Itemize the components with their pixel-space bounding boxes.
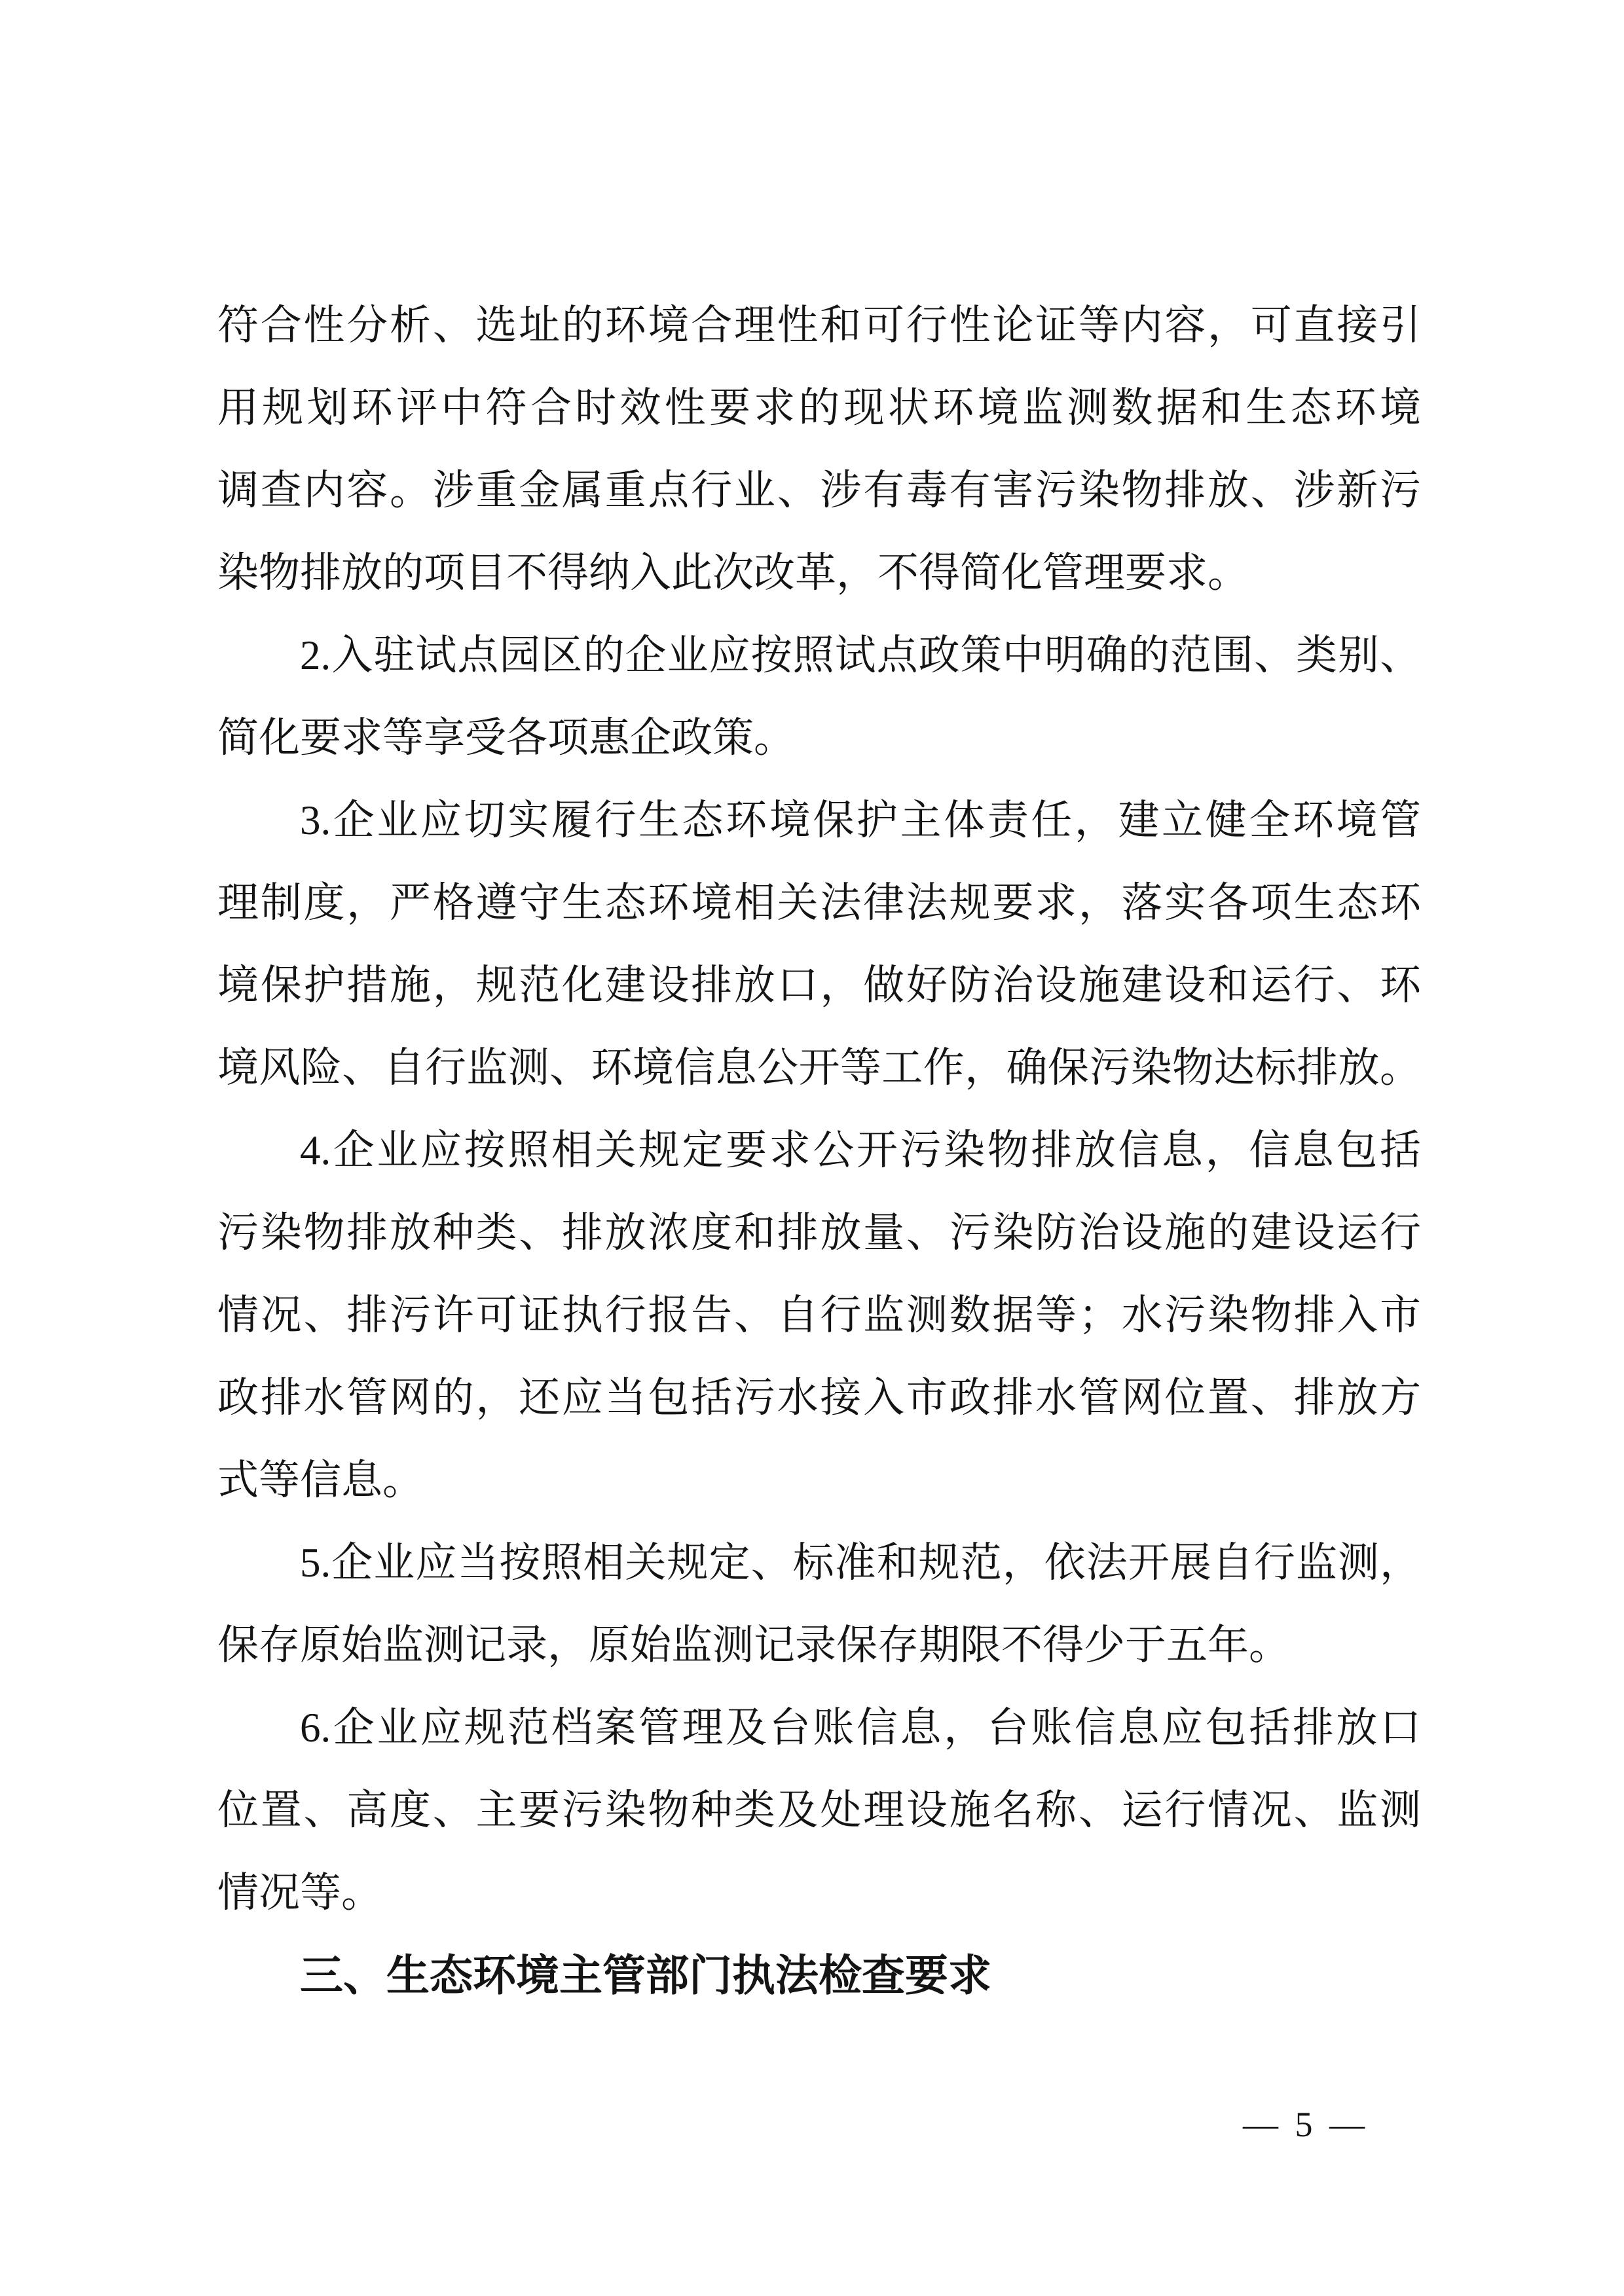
text-line: 简化要求等享受各项惠企政策。	[217, 697, 1421, 779]
text-line: 位置、高度、主要污染物种类及处理设施名称、运行情况、监测	[217, 1769, 1421, 1851]
text-line: 调查内容。涉重金属重点行业、涉有毒有害污染物排放、涉新污	[217, 449, 1421, 532]
text-line: 境风险、自行监测、环境信息公开等工作，确保污染物达标排放。	[217, 1027, 1421, 1109]
text-line: 污染物排放种类、排放浓度和排放量、污染防治设施的建设运行	[217, 1192, 1421, 1274]
text-line: 式等信息。	[217, 1439, 1421, 1522]
document-body: 符合性分析、选址的环境合理性和可行性论证等内容，可直接引用规划环评中符合时效性要…	[217, 284, 1421, 2016]
text-line: 2.入驻试点园区的企业应按照试点政策中明确的范围、类别、	[217, 614, 1421, 697]
text-line: 情况等。	[217, 1851, 1421, 1934]
document-page: 符合性分析、选址的环境合理性和可行性论证等内容，可直接引用规划环评中符合时效性要…	[0, 0, 1624, 2296]
text-line: 6.企业应规范档案管理及台账信息，台账信息应包括排放口	[217, 1686, 1421, 1769]
page-number: — 5 —	[1243, 2098, 1369, 2151]
text-line: 保存原始监测记录，原始监测记录保存期限不得少于五年。	[217, 1604, 1421, 1686]
text-line: 3.企业应切实履行生态环境保护主体责任，建立健全环境管	[217, 779, 1421, 862]
text-line: 染物排放的项目不得纳入此次改革，不得简化管理要求。	[217, 532, 1421, 614]
text-line: 用规划环评中符合时效性要求的现状环境监测数据和生态环境	[217, 367, 1421, 449]
text-line: 情况、排污许可证执行报告、自行监测数据等；水污染物排入市	[217, 1274, 1421, 1357]
text-line: 理制度，严格遵守生态环境相关法律法规要求，落实各项生态环	[217, 862, 1421, 944]
section-heading: 三、生态环境主管部门执法检查要求	[217, 1934, 1421, 2016]
text-line: 4.企业应按照相关规定要求公开污染物排放信息，信息包括	[217, 1109, 1421, 1192]
text-line: 5.企业应当按照相关规定、标准和规范，依法开展自行监测，	[217, 1522, 1421, 1604]
text-line: 符合性分析、选址的环境合理性和可行性论证等内容，可直接引	[217, 284, 1421, 367]
text-line: 境保护措施，规范化建设排放口，做好防治设施建设和运行、环	[217, 944, 1421, 1027]
text-line: 政排水管网的，还应当包括污水接入市政排水管网位置、排放方	[217, 1357, 1421, 1439]
